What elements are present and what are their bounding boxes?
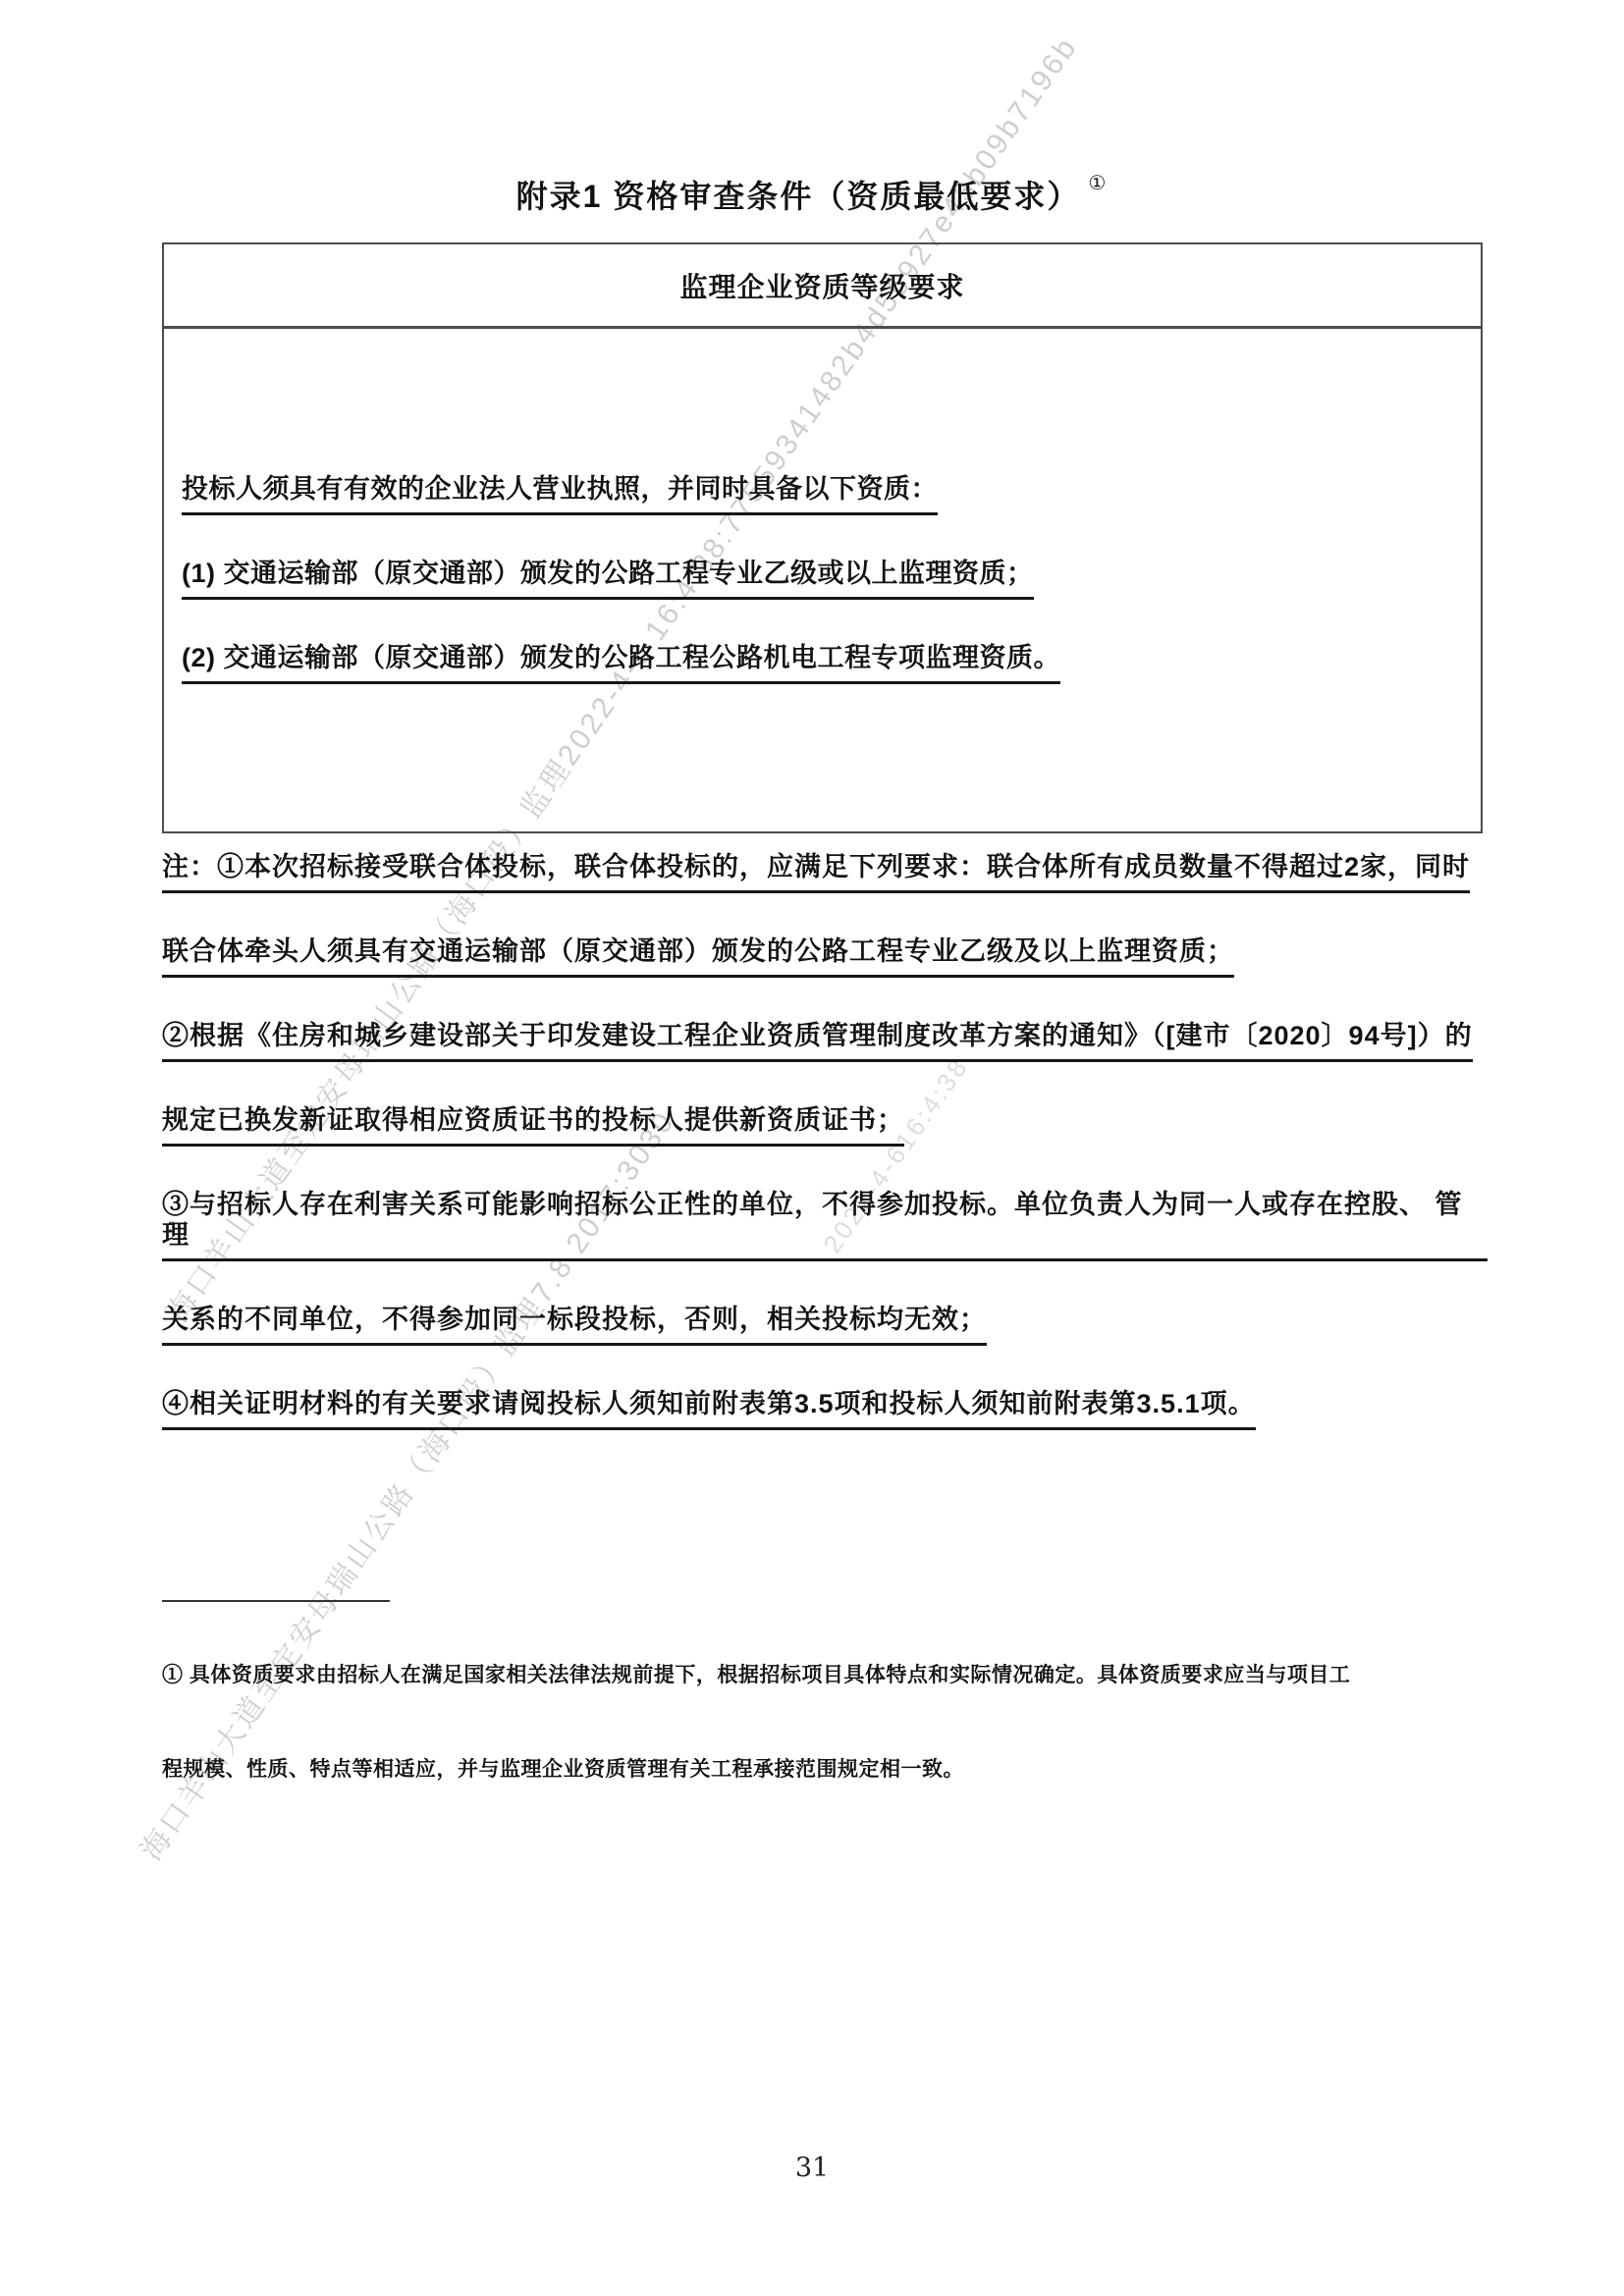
table-body-line-1: 投标人须具有有效的企业法人营业执照，并同时具备以下资质： bbox=[182, 474, 938, 515]
table-body-cell: 投标人须具有有效的企业法人营业执照，并同时具备以下资质： (1) 交通运输部（原… bbox=[164, 329, 1481, 831]
note-line: 联合体牵头人须具有交通运输部（原交通部）颁发的公路工程专业乙级及以上监理资质； bbox=[162, 936, 1488, 978]
title-footnote-marker: ① bbox=[1088, 173, 1108, 194]
notes-section: 注：①本次招标接受联合体投标，联合体投标的，应满足下列要求：联合体所有成员数量不… bbox=[162, 852, 1488, 1473]
table-header-text: 监理企业资质等级要求 bbox=[679, 266, 964, 305]
qualification-table: 监理企业资质等级要求 投标人须具有有效的企业法人营业执照，并同时具备以下资质： … bbox=[162, 242, 1483, 833]
note-line: 规定已换发新证取得相应资质证书的投标人提供新资质证书； bbox=[162, 1105, 1488, 1147]
footnote-separator bbox=[162, 1600, 390, 1602]
note-line: ②根据《住房和城乡建设部关于印发建设工程企业资质管理制度改革方案的通知》（[建市… bbox=[162, 1021, 1488, 1062]
note-line-1: 注：①本次招标接受联合体投标，联合体投标的，应满足下列要求：联合体所有成员数量不… bbox=[162, 852, 1470, 893]
table-row: (2) 交通运输部（原交通部）颁发的公路工程公路机电工程专项监理资质。 bbox=[182, 643, 1463, 684]
note-line: ④相关证明材料的有关要求请阅投标人须知前附表第3.5项和投标人须知前附表第3.5… bbox=[162, 1389, 1488, 1430]
footnote-line-1: ① 具体资质要求由招标人在满足国家相关法律法规前提下，根据招标项目具体特点和实际… bbox=[162, 1659, 1488, 1688]
note-line: ③与招标人存在利害关系可能影响招标公正性的单位，不得参加投标。单位负责人为同一人… bbox=[162, 1190, 1488, 1261]
note-line: 关系的不同单位，不得参加同一标段投标，否则，相关投标均无效； bbox=[162, 1305, 1488, 1346]
table-body-line-2: (1) 交通运输部（原交通部）颁发的公路工程专业乙级或以上监理资质； bbox=[182, 559, 1034, 600]
page-number: 31 bbox=[0, 2153, 1624, 2183]
table-row: 投标人须具有有效的企业法人营业执照，并同时具备以下资质： bbox=[182, 474, 1463, 515]
table-header-cell: 监理企业资质等级要求 bbox=[164, 244, 1481, 329]
note-line-3: ②根据《住房和城乡建设部关于印发建设工程企业资质管理制度改革方案的通知》（[建市… bbox=[162, 1021, 1473, 1062]
footnote-line-2: 程规模、性质、特点等相适应，并与监理企业资质管理有关工程承接范围规定相一致。 bbox=[162, 1753, 1488, 1783]
note-line: 注：①本次招标接受联合体投标，联合体投标的，应满足下列要求：联合体所有成员数量不… bbox=[162, 852, 1488, 893]
note-line-2: 联合体牵头人须具有交通运输部（原交通部）颁发的公路工程专业乙级及以上监理资质； bbox=[162, 936, 1234, 978]
document-page: 海口羊山大道至定安母瑞山公路（海口段）监理2022-4-6 16:4:38:77… bbox=[0, 0, 1624, 2296]
note-line-4: 规定已换发新证取得相应资质证书的投标人提供新资质证书； bbox=[162, 1105, 904, 1147]
page-title: 附录1 资格审查条件（资质最低要求）① bbox=[0, 171, 1624, 217]
page-title-text: 附录1 资格审查条件（资质最低要求） bbox=[516, 179, 1081, 214]
table-body-line-3: (2) 交通运输部（原交通部）颁发的公路工程公路机电工程专项监理资质。 bbox=[182, 643, 1060, 684]
note-line-7: ④相关证明材料的有关要求请阅投标人须知前附表第3.5项和投标人须知前附表第3.5… bbox=[162, 1389, 1256, 1430]
note-line-6: 关系的不同单位，不得参加同一标段投标，否则，相关投标均无效； bbox=[162, 1305, 987, 1346]
content-layer: 附录1 资格审查条件（资质最低要求）① 监理企业资质等级要求 投标人须具有有效的… bbox=[0, 0, 1624, 2296]
note-line-5: ③与招标人存在利害关系可能影响招标公正性的单位，不得参加投标。单位负责人为同一人… bbox=[162, 1190, 1488, 1261]
footnote-section: ① 具体资质要求由招标人在满足国家相关法律法规前提下，根据招标项目具体特点和实际… bbox=[162, 1659, 1488, 1847]
table-row: (1) 交通运输部（原交通部）颁发的公路工程专业乙级或以上监理资质； bbox=[182, 559, 1463, 600]
